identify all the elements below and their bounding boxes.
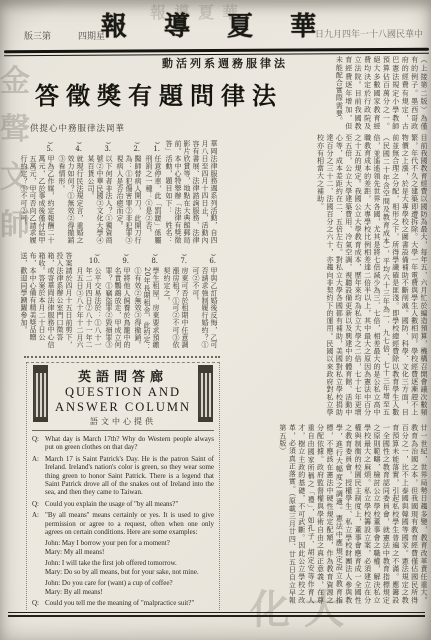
column-pillar-icon <box>33 367 48 425</box>
column-pillar-icon <box>198 367 213 425</box>
question-number: ⌣6. <box>191 252 218 267</box>
question-text: 以下何者非法人？①獨資商號②中華民國③文化大學④某百貨公司。 <box>86 155 113 248</box>
qa-entry-text: Could you explain the usage of "by all m… <box>45 500 214 508</box>
qa-entry: Q: Could you tell me the meaning of "mal… <box>32 599 214 607</box>
quiz-band-2: ⌣6. 甲與乙訂婚後反悔，乙可否請求強制履行婚約？①可②不可。 ⌣7. 房東可否… <box>32 252 218 354</box>
qa-entry-text: Could you tell me the meaning of "malpra… <box>45 599 214 607</box>
question-text: 就現行民法規定言，重婚之效力如何？①無效②得撤銷③看情形。 <box>57 155 84 248</box>
headline-text: 答徵獎有題問律法 <box>30 76 288 111</box>
weekday-label: 四期星 <box>78 29 105 42</box>
question-number: ⌣4. <box>57 140 84 155</box>
english-box-title-line1: QUESTION AND <box>32 385 214 400</box>
qa-entry-text: John: Do you care for (want) a cup of co… <box>45 579 214 596</box>
qa-entry: John: Do you care for (want) a cup of co… <box>32 579 214 596</box>
quiz-question: 華岡法律服務週系列活動，自四月八日至四月十四日止，活動內容有書展、法律諮詢服務、… <box>164 140 218 248</box>
question-text: 華岡法律服務週系列活動，自四月八日至四月十四日止，活動內容有書展、法律諮詢服務、… <box>164 140 218 248</box>
qa-entry-list: Q: What day is March 17th? Why do Wester… <box>32 435 214 610</box>
qa-speaker-label: Q: <box>32 599 42 607</box>
question-text: 學生租屋，房東要求預繳20年長期租金，此約定：①有效②無效③得撤銷。 <box>133 267 160 354</box>
quiz-question: ⌣6. 甲與乙訂婚後反悔，乙可否請求強制履行婚約？①可②不可。 <box>191 252 218 354</box>
quiz-question: ⌣5. 甲為乙作媒，約定報酬二十萬元，乙於事成後僅付給甲五萬元，甲可否向乙請求履… <box>19 140 55 248</box>
date-label: 日九月四年一十八國民華中 <box>315 27 423 40</box>
english-box-credit: 語文中心提供 <box>32 416 214 427</box>
question-number: ⌣10. <box>75 252 102 267</box>
question-number: ⌣2. <box>115 140 142 155</box>
qa-entry: John: May I borrow your pen for a moment… <box>32 539 214 556</box>
question-text: 任意停車，此「罰鍰」係屬刑罰之一種：①是②否。 <box>144 155 162 248</box>
quiz-question: 答案請於四月十五日前剪下，投入法律系辦公室門口徵答箱，或寄華岡法律服務中心信箱收… <box>19 252 73 354</box>
question-number: ⌣3. <box>86 140 113 155</box>
question-text: 甲與乙訂婚後反悔，乙可否請求強制履行婚約？①可②不可。 <box>191 267 218 354</box>
qa-entry-text: What day is March 17th? Why do Western p… <box>45 435 214 452</box>
qa-entry: John: I will take the first job offered … <box>32 559 214 576</box>
question-text: 房東可否於租期中任意調漲房租？①可②不可③依契約定之。 <box>162 267 189 354</box>
qa-entry: A: March 17 is Saint Patrick's Day. He i… <box>32 455 214 497</box>
qa-entry-text: "By all means" means certainly or yes. I… <box>45 511 214 536</box>
quiz-question: ⌣1. 任意停車，此「罰鍰」係屬刑罰之一種：①是②否。 <box>144 140 162 248</box>
qa-entry-text: John: May I borrow your pen for a moment… <box>45 539 214 556</box>
qa-speaker-label: A: <box>32 511 42 536</box>
lead-article-header: 動活列系週務服律法 答徵獎有題問律法 供提心中務服律法岡華 <box>30 55 288 134</box>
article-column-block-bottom: 廿一世紀，世界局勢日趨多變，教育改革責任重大。教育為治國之本，但我國現有教育經費… <box>222 424 428 604</box>
bottom-rule <box>8 612 425 617</box>
qa-speaker-label <box>32 579 42 596</box>
newspaper-page: 金聲文師 化大 報導夏華 報 導 夏 華 版三第 四期星 日九月四年一十八國民華… <box>0 0 431 640</box>
question-number: ⌣5. <box>19 140 55 155</box>
qa-entry-text: John: I will take the first job offered … <box>45 559 214 576</box>
qa-speaker-label <box>32 559 42 576</box>
quiz-band-1: 華岡法律服務週系列活動，自四月八日至四月十四日止，活動內容有書展、法律諮詢服務、… <box>32 140 218 248</box>
qa-entry: Q: Could you explain the usage of "by al… <box>32 500 214 508</box>
quiz-question: ⌣2. 醫師替病人開刀，此開刀行為：①犯傷害罪②非犯罪③視病人是否治癒而定。 <box>115 140 142 248</box>
english-box-title-chinese: 英語問答廊 <box>32 365 214 385</box>
article-column-block-top: （上接第二版）為僅有的例子。墨西哥政府的經費有規定，古巴憲法規定小學教師預算佔百… <box>292 56 428 130</box>
quiz-question: ⌣10. 公平交易法於：①八十一年二月四日②八十一年二月五日③八十年十二月六日開… <box>75 252 102 354</box>
quiz-question: ⌣4. 就現行民法規定言，重婚之效力如何？①無效②得撤銷③看情形。 <box>57 140 84 248</box>
question-text: 公平交易法於：①八十一年二月四日②八十一年二月五日③八十年十二月六日開始施行。 <box>75 267 102 354</box>
question-number: ⌣8. <box>133 252 160 267</box>
qa-speaker-label: Q: <box>32 435 42 452</box>
english-qa-header: 英語問答廊 QUESTION AND ANSWER COLUMN 語文中心提供 <box>32 365 214 431</box>
quiz-question: ⌣3. 以下何者非法人？①獨資商號②中華民國③文化大學④某百貨公司。 <box>86 140 113 248</box>
qa-speaker-label: A: <box>32 455 42 497</box>
byline-text: 供提心中務服律法岡華 <box>30 122 288 134</box>
qa-speaker-label <box>32 539 42 556</box>
question-text: 甲將他人飼養於鳥籠中的名貴鸚鵡放走，甲成立何罪？①竊盜罪②毀損罪③無罪。 <box>104 267 131 354</box>
qa-entry: A: "By all means" means certainly or yes… <box>32 511 214 536</box>
kicker-text: 動活列系週務服律法 <box>30 55 288 71</box>
english-qa-box: 英語問答廊 QUESTION AND ANSWER COLUMN 語文中心提供 … <box>26 362 220 610</box>
quiz-question: ⌣7. 房東可否於租期中任意調漲房租？①可②不可③依契約定之。 <box>162 252 189 354</box>
quiz-question: ⌣9. 甲將他人飼養於鳥籠中的名貴鸚鵡放走，甲成立何罪？①竊盜罪②毀損罪③無罪。 <box>104 252 131 354</box>
dotted-divider <box>24 356 220 358</box>
qa-entry: Q: What day is March 17th? Why do Wester… <box>32 435 214 452</box>
qa-entry-text: March 17 is Saint Patrick's Day. He is t… <box>45 455 214 497</box>
question-text: 醫師替病人開刀，此開刀行為：①犯傷害罪②非犯罪③視病人是否治癒而定。 <box>115 155 142 248</box>
english-box-title-line2: ANSWER COLUMN <box>32 400 214 415</box>
question-text: 甲為乙作媒，約定報酬二十萬元，乙於事成後僅付給甲五萬元，甲可否向乙請求履行約定？… <box>19 155 55 248</box>
article-column-block-middle: 目前我國教育經費以國防為最大，每年五、六月忙於編造預算，機構召開會議次數頻繁，年… <box>222 134 428 416</box>
qa-speaker-label: Q: <box>32 500 42 508</box>
page-number-label: 版三第 <box>24 29 51 42</box>
question-number: ⌣1. <box>144 140 162 155</box>
question-number: ⌣9. <box>104 252 131 267</box>
question-text: 答案請於四月十五日前剪下，投入法律系辦公室門口徵答箱，或寄華岡法律服務中心信箱收… <box>19 252 73 354</box>
question-number: ⌣7. <box>162 252 189 267</box>
quiz-question: ⌣8. 學生租屋，房東要求預繳20年長期租金，此約定：①有效②無效③得撤銷。 <box>133 252 160 354</box>
